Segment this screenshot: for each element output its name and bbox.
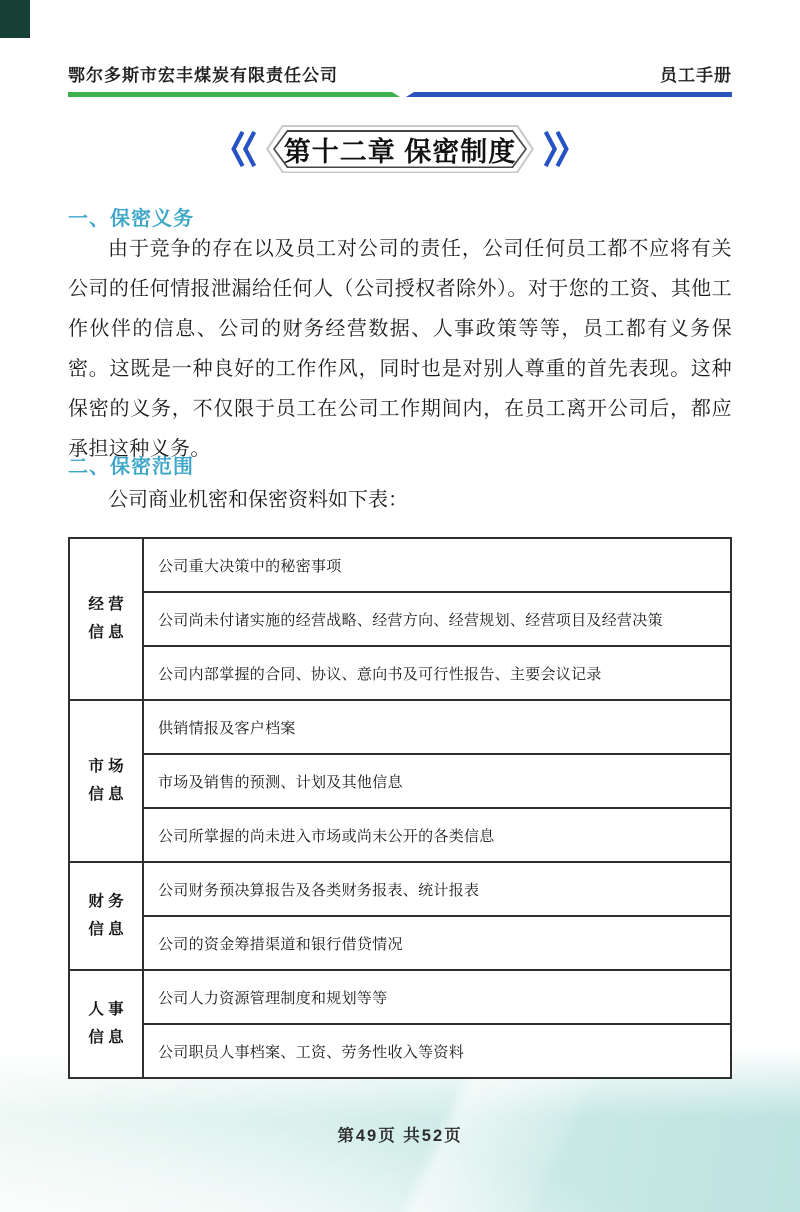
table-cell: 公司职员人事档案、工资、劳务性收入等资料: [143, 1024, 731, 1078]
table-row: 市 场 信 息 供销情报及客户档案: [69, 700, 731, 754]
table-cell: 市场及销售的预测、计划及其他信息: [143, 754, 731, 808]
double-chevron-right-icon: [543, 127, 570, 171]
table-cell: 公司重大决策中的秘密事项: [143, 538, 731, 592]
group-label-market: 市 场 信 息: [69, 700, 143, 862]
page-number: 第49页 共52页: [0, 1122, 800, 1146]
group-label-finance: 财 务 信 息: [69, 862, 143, 970]
table-row: 公司尚未付诸实施的经营战略、经营方向、经营规划、经营项目及经营决策: [69, 592, 731, 646]
group-label-hr: 人 事 信 息: [69, 970, 143, 1078]
handbook-page: 鄂尔多斯市宏丰煤炭有限责任公司 员工手册 第十二章 保密制度 一、保密义务 由于…: [0, 0, 800, 1212]
table-cell: 公司尚未付诸实施的经营战略、经营方向、经营规划、经营项目及经营决策: [143, 592, 731, 646]
double-chevron-left-icon: [230, 127, 257, 171]
corner-accent: [0, 0, 30, 38]
header-rule-green: [68, 92, 400, 97]
section-heading-duty: 一、保密义务: [68, 202, 194, 231]
table-row: 人 事 信 息 公司人力资源管理制度和规划等等: [69, 970, 731, 1024]
table-cell: 公司所掌握的尚未进入市场或尚未公开的各类信息: [143, 808, 731, 862]
chapter-badge: 第十二章 保密制度: [266, 125, 534, 173]
table-row: 经 营 信 息 公司重大决策中的秘密事项: [69, 538, 731, 592]
table-cell: 公司人力资源管理制度和规划等等: [143, 970, 731, 1024]
chapter-title: 第十二章 保密制度: [284, 130, 517, 169]
table-row: 市场及销售的预测、计划及其他信息: [69, 754, 731, 808]
table-row: 公司所掌握的尚未进入市场或尚未公开的各类信息: [69, 808, 731, 862]
table-row: 财 务 信 息 公司财务预决算报告及各类财务报表、统计报表: [69, 862, 731, 916]
table-row: 公司的资金筹措渠道和银行借贷情况: [69, 916, 731, 970]
chapter-banner: 第十二章 保密制度: [0, 121, 800, 177]
table-cell: 公司财务预决算报告及各类财务报表、统计报表: [143, 862, 731, 916]
scope-intro: 公司商业机密和保密资料如下表：: [68, 484, 732, 516]
duty-paragraph: 由于竞争的存在以及员工对公司的责任，公司任何员工都不应将有关公司的任何情报泄漏给…: [68, 229, 732, 469]
section-heading-scope: 二、保密范围: [68, 450, 194, 479]
table-cell: 公司的资金筹措渠道和银行借贷情况: [143, 916, 731, 970]
table-row: 公司职员人事档案、工资、劳务性收入等资料: [69, 1024, 731, 1078]
handbook-label: 员工手册: [660, 61, 732, 86]
group-label-business: 经 营 信 息: [69, 538, 143, 700]
company-name: 鄂尔多斯市宏丰煤炭有限责任公司: [68, 61, 338, 86]
header-rule-blue: [406, 92, 732, 97]
confidential-info-table: 经 营 信 息 公司重大决策中的秘密事项 公司尚未付诸实施的经营战略、经营方向、…: [68, 537, 732, 1079]
table-cell: 供销情报及客户档案: [143, 700, 731, 754]
table-row: 公司内部掌握的合同、协议、意向书及可行性报告、主要会议记录: [69, 646, 731, 700]
table-cell: 公司内部掌握的合同、协议、意向书及可行性报告、主要会议记录: [143, 646, 731, 700]
